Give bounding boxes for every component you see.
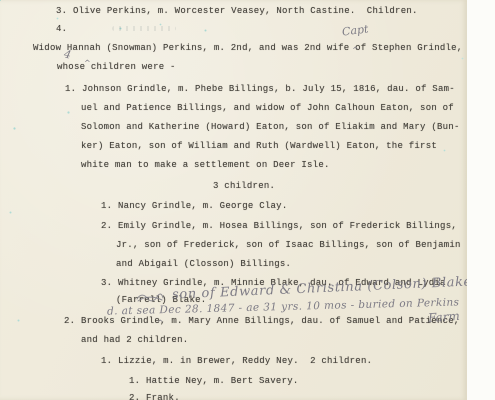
typed-line: 1. Johnson Grindle, m. Phebe Billings, b…: [65, 84, 455, 95]
insertion-caret: ^: [352, 47, 359, 55]
typed-line: ker) Eaton, son of William and Ruth (War…: [81, 141, 437, 152]
typed-line: white man to make a settlement on Deer I…: [81, 160, 330, 171]
typed-line: 3. Olive Perkins, m. Worcester Veasey, N…: [56, 6, 418, 17]
typed-line: 1. Hattie Ney, m. Bert Savery.: [129, 376, 299, 387]
typed-line: uel and Patience Billings, and widow of …: [81, 103, 454, 114]
typed-line: whose children were -: [57, 62, 176, 73]
typed-line: Solomon and Katherine (Howard) Eaton, so…: [81, 122, 460, 133]
page-edge: [467, 0, 495, 400]
typed-line: Jr., son of Frederick, son of Isaac Bill…: [116, 240, 461, 251]
typed-line: Widow Hannah (Snowman) Perkins, m. 2nd, …: [33, 43, 462, 54]
handwritten-children-count: 4: [63, 47, 73, 61]
pencil-smudge: [112, 26, 176, 31]
handwritten-capt-insert: Capt: [341, 22, 369, 38]
paper-specks: [0, 0, 1, 1]
typed-line: 2. Emily Grindle, m. Hosea Billings, son…: [101, 221, 457, 232]
typed-line: 1. Nancy Grindle, m. George Clay.: [101, 201, 287, 212]
typed-line: 2. Brooks Grindle, m. Mary Anne Billings…: [64, 316, 460, 327]
typed-line: and had 2 children.: [81, 335, 188, 346]
typed-line: 2. Frank.: [129, 393, 180, 400]
typed-line: 1. Lizzie, m. in Brewer, Reddy Ney. 2 ch…: [101, 356, 372, 367]
handwritten-farm-note: Farm: [428, 309, 461, 325]
typed-line: 4.: [56, 24, 67, 35]
typed-line-centered: 3 children.: [213, 181, 275, 192]
typed-line: and Abigail (Closson) Billings.: [116, 259, 291, 270]
insertion-caret: ^: [84, 60, 91, 68]
insertion-caret: ^: [157, 320, 164, 328]
pencil-scribble-mark: [136, 292, 164, 303]
scanned-page: 3. Olive Perkins, m. Worcester Veasey, N…: [0, 0, 495, 400]
paper: 3. Olive Perkins, m. Worcester Veasey, N…: [0, 0, 467, 400]
